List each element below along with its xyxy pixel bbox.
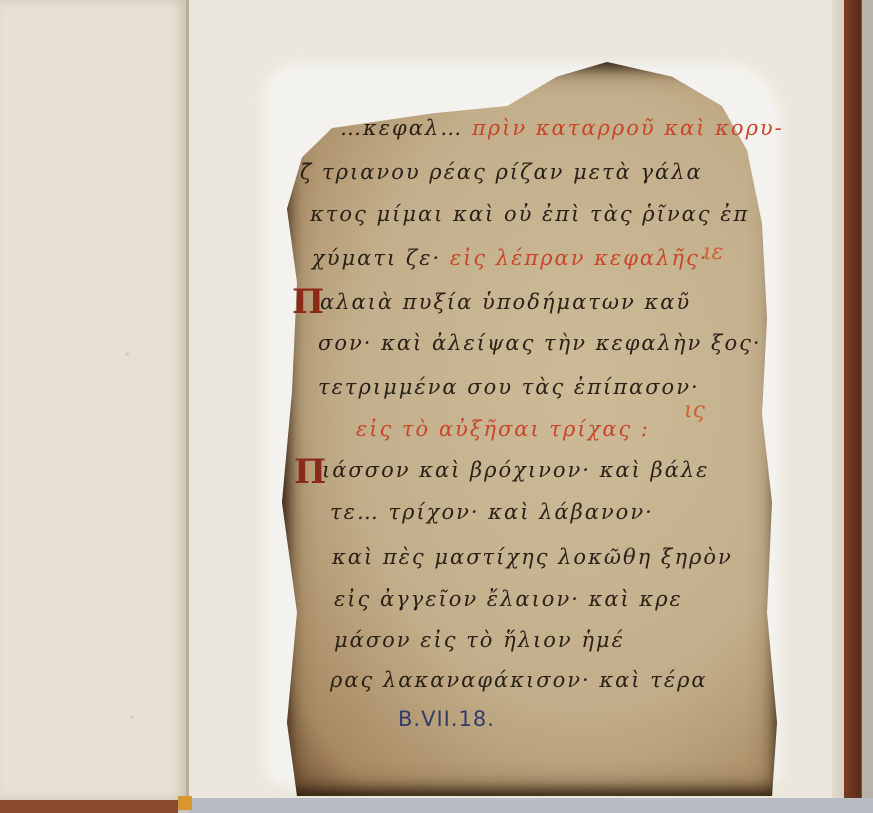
text-line: αλαιὰ πυξία ὑποδήματων καῦ — [320, 290, 691, 314]
text-line: σον· καὶ ἀλείψας τὴν κεφαλὴν ξος· — [318, 331, 762, 355]
text-line: ρας λακαναφάκισον· καὶ τέρα — [330, 668, 708, 692]
text-line: τετριμμένα σου τὰς ἐπίπασον· — [318, 375, 700, 399]
text-line: χύματι ζε· εἰς λέπραν κεφαλῆς· — [312, 246, 708, 270]
rubric-heading: εἰς τὸ αὐξῆσαι τρίχας : — [356, 417, 650, 441]
text-line: ιάσσον καὶ βρόχινον· καὶ βάλε — [322, 458, 709, 482]
orange-tab — [178, 796, 192, 810]
page-edges — [832, 0, 844, 798]
text-line: μάσον εἰς τὸ ἥλιον ἡμέ — [334, 628, 625, 652]
text-line: …κεφαλ… πρὶν καταρροῦ καὶ κορυ- — [340, 116, 784, 140]
shelfmark: B.VII.18. — [398, 707, 495, 731]
background-surface — [189, 798, 873, 813]
text-line: καὶ πὲς μαστίχης λοκῶθη ξηρὸν — [332, 545, 733, 569]
text-line: εἰς ἀγγεῖον ἔλαιον· καὶ κρε — [334, 587, 683, 611]
margin-number: ις — [684, 398, 705, 423]
paper-spot — [130, 715, 134, 719]
left-blank-page — [0, 0, 186, 800]
left-cover-edge — [0, 800, 178, 813]
paper-spot — [125, 352, 129, 356]
text-line: κτος μίμαι καὶ οὐ ἐπὶ τὰς ῥῖνας ἐπ — [310, 202, 749, 226]
leather-binding — [844, 0, 873, 813]
text-line: τε… τρίχον· καὶ λάβανον· — [330, 500, 654, 524]
text-line: ζ̄ τριανου ρέας ρίζαν μετὰ γάλα — [300, 160, 703, 184]
margin-number: ιε — [703, 240, 723, 265]
